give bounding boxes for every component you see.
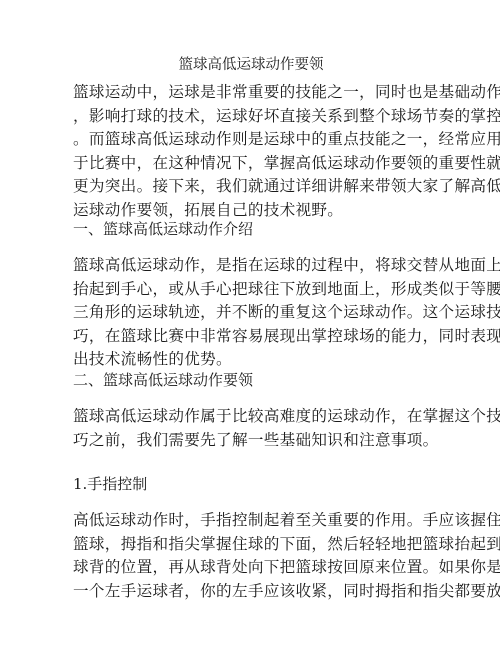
section-heading-intro: 一、篮球高低运球动作介绍 [73,218,253,240]
text-line: 篮球高低运球动作，是指在运球的过程中，将球交替从地面上 [73,254,429,278]
text-line: 巧，在篮球比赛中非常容易展现出掌控球场的能力，同时表现 [73,325,429,349]
intro-paragraph: 篮球运动中，运球是非常重要的技能之一，同时也是基础动作 ，影响打球的技术，运球好… [73,81,429,223]
text-line: 篮球高低运球动作属于比较高难度的运球动作，在掌握这个技 [73,405,429,429]
text-line: 篮球运动中，运球是非常重要的技能之一，同时也是基础动作 [73,81,429,105]
text-line: 巧之前，我们需要先了解一些基础知识和注意事项。 [73,429,429,453]
subsection1-paragraph: 高低运球动作时，手指控制起着至关重要的作用。手应该握住 篮球，拇指和指尖掌握住球… [73,509,429,603]
text-line: 篮球，拇指和指尖掌握住球的下面，然后轻轻地把篮球抬起到 [73,533,429,557]
text-line: 于比赛中，在这种情况下，掌握高低运球动作要领的重要性就 [73,152,429,176]
text-line: 三角形的运球轨迹，并不断的重复这个运球动作。这个运球技 [73,301,429,325]
section1-paragraph: 篮球高低运球动作，是指在运球的过程中，将球交替从地面上 抬起到手心，或从手心把球… [73,254,429,372]
document-title: 篮球高低运球动作要领 [73,55,429,75]
text-line: 抬起到手心，或从手心把球往下放到地面上，形成类似于等腰 [73,278,429,302]
text-line: 更为突出。接下来，我们就通过详细讲解来带领大家了解高低 [73,175,429,199]
section-heading-essentials: 二、篮球高低运球动作要领 [73,369,253,391]
text-line: 高低运球动作时，手指控制起着至关重要的作用。手应该握住 [73,509,429,533]
text-line: 。而篮球高低运球动作则是运球中的重点技能之一，经常应用 [73,128,429,152]
subsection-heading-finger-control: 1.手指控制 [73,473,147,495]
text-line: ，影响打球的技术，运球好坏直接关系到整个球场节奏的掌控 [73,105,429,129]
section2-paragraph: 篮球高低运球动作属于比较高难度的运球动作，在掌握这个技 巧之前，我们需要先了解一… [73,405,429,452]
text-line: 一个左手运球者，你的左手应该收紧，同时拇指和指尖都要放 [73,580,429,604]
text-line: 球背的位置，再从球背处向下把篮球按回原来位置。如果你是 [73,556,429,580]
